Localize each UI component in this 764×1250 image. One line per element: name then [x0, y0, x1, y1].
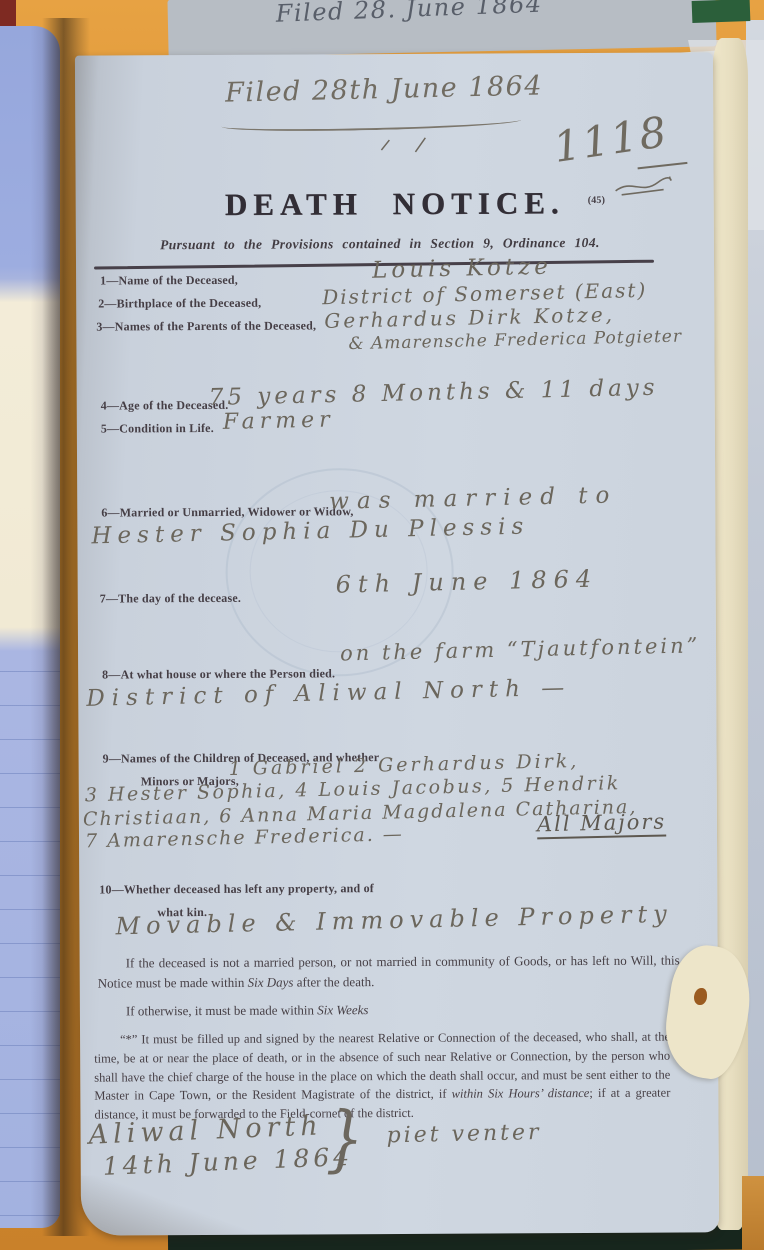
note-instructions-italic: within Six Hours’ distance [452, 1086, 590, 1101]
document-page: Filed 28th June 1864 1118 (45) DEATH NOT… [75, 52, 719, 1235]
filing-number: 1118 [550, 107, 671, 172]
field-5-label: 5—Condition in Life. [101, 421, 214, 437]
field-7-value: 6th June 1864 [335, 565, 598, 599]
spine-filing-note: Filed 28. June 1864 [275, 0, 543, 28]
book-cover-green-patch [692, 0, 751, 23]
closing-brace: } [326, 1095, 366, 1181]
field-5-value: Farmer [223, 407, 335, 435]
stray-pen-marks [375, 132, 445, 156]
page-title: DEATH NOTICE. [116, 185, 674, 224]
filed-note-underline [221, 113, 521, 134]
note-six-days-end: after the death. [293, 974, 374, 989]
field-3-label: 3—Names of the Parents of the Deceased, [96, 318, 316, 334]
note-six-weeks-text: If otherwise, it must be made within [126, 1002, 317, 1018]
field-6-value: was married to [329, 482, 618, 515]
field-4-value: 75 years 8 Months & 11 days [208, 375, 658, 411]
note-instructions: “*” It must be filled up and signed by t… [94, 1028, 670, 1125]
field-1-value: Louis Kotze [372, 254, 552, 284]
field-7-label: 7—The day of the decease. [100, 591, 241, 607]
scanned-book-photo: Filed 28. June 1864 Filed 28th June 1864… [0, 0, 764, 1250]
page-bottom-shadow [81, 1174, 321, 1235]
note-six-weeks: If otherwise, it must be made within Six… [126, 1000, 369, 1021]
filed-note: Filed 28th June 1864 [225, 70, 544, 108]
field-9-annotation: All Majors [537, 809, 667, 839]
signature: piet venter [386, 1120, 541, 1149]
page-subtitle: Pursuant to the Provisions contained in … [76, 234, 684, 253]
field-2-label: 2—Birthplace of the Deceased, [98, 296, 261, 312]
note-six-days-text: If the deceased is not a married person,… [98, 953, 680, 991]
note-six-days: If the deceased is not a married person,… [98, 951, 680, 993]
note-six-days-italic: Six Days [248, 974, 294, 989]
page-behind-top-edge: Filed 28. June 1864 [167, 0, 716, 58]
field-1-label: 1—Name of the Deceased, [100, 273, 238, 289]
filing-number-dash [638, 162, 688, 169]
wood-bottom-right [742, 1176, 764, 1250]
note-six-weeks-italic: Six Weeks [317, 1002, 368, 1017]
field-10-label: 10—Whether deceased has left any propert… [99, 881, 374, 897]
